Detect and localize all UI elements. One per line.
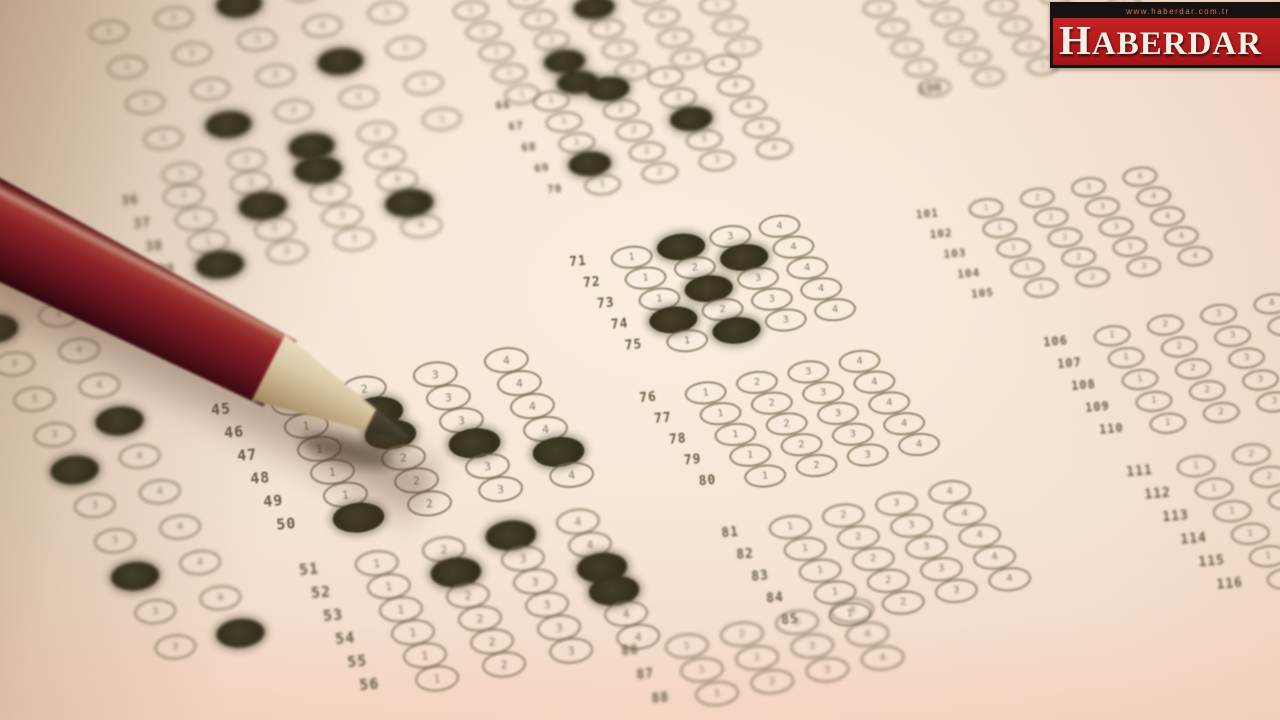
bubble-digit: 1 [983,204,989,212]
bubble-digit: 3 [314,164,322,176]
bubble-digit: 3 [1086,183,1092,191]
bubble-digit: 3 [590,2,597,13]
answer-bubble: 3 [133,597,177,626]
bubble-digit: 4 [804,263,811,274]
bubble-digit: 1 [727,21,733,30]
bubble-digit: 4 [554,445,563,458]
question-number: 56 [349,675,380,696]
question-number: 75 [616,337,643,354]
bubble-digit: 3 [688,113,695,124]
bubble-digit: 1 [178,169,185,180]
bubble-digit: 3 [339,211,346,222]
question-number: 80 [690,473,717,490]
question-number: 102 [922,226,953,242]
question-number: 113 [1154,508,1189,526]
bubble-digit: 2 [1190,364,1196,373]
bubble-digit: 3 [809,641,816,652]
bubble-digit: 1 [586,158,593,169]
question-number: 115 [1190,553,1225,571]
bubble-digit: 1 [1038,283,1044,291]
bubble-digit: 3 [131,570,139,582]
bubble-digit: 2 [677,241,685,253]
bubble-digit: 2 [972,53,978,61]
bubble-digit: 4 [197,557,204,568]
bubble-digit: 2 [574,77,581,88]
question-number: 53 [312,605,343,626]
bubble-digit: 3 [290,106,297,117]
answer-bubble: 1 [414,664,460,694]
bubble-digit: 2 [426,498,434,510]
bubble-digit: 4 [394,175,401,186]
bubble-digit: 4 [790,242,797,253]
answer-bubble: 1 [982,217,1019,240]
bubble-digit: 3 [111,536,118,547]
answer-bubble: 1 [1107,346,1146,370]
bubble-digit: 2 [1266,472,1272,481]
bubble-digit: 1 [548,96,554,105]
bubble-digit: 2 [732,324,740,336]
answer-bubble: 2 [153,5,195,31]
bubble-digit: 1 [160,133,167,144]
bubble-digit: 4 [915,439,922,450]
bubble-digit: 3 [714,156,720,165]
answer-bubble: 1 [1009,256,1046,279]
answer-bubble: 1 [545,110,584,134]
bubble-digit: 2 [605,84,612,95]
answer-bubble: 3 [984,0,1019,17]
question-number: 82 [727,546,754,563]
bubble-digit: 1 [918,63,924,71]
bubble-digit: 1 [1193,461,1199,470]
bubble-digit: 3 [431,369,439,381]
bubble-digit: 3 [782,315,789,326]
answer-bubble: 1 [862,0,897,19]
bubble-digit: 1 [1123,353,1129,362]
answer-bubble-filled: 3 [110,560,161,593]
answer-bubble: 3 [73,491,117,520]
answer-bubble: 1 [876,17,911,39]
bubble-digit: 4 [1165,212,1171,220]
bubble-digit: 4 [871,377,878,388]
bubble-digit: 3 [567,645,575,657]
answer-bubble: 3 [12,385,56,414]
bubble-digit: 2 [207,84,214,95]
bubble-digit: 3 [543,599,551,611]
bubble-digit: 2 [885,576,892,587]
bubble-digit: 1 [932,83,938,91]
bubble-digit: 2 [1218,408,1224,417]
bubble-digit: 4 [586,539,594,551]
bubble-digit: 3 [1141,262,1147,270]
bubble-digit: 3 [11,359,18,370]
bubble-digit: 2 [769,676,776,687]
bubble-digit: 3 [824,665,831,676]
bubble-digit: 2 [900,597,907,608]
bubble-digit: 1 [506,69,512,78]
bubble-digit: 1 [1211,484,1217,493]
bubble-digit: 1 [876,4,882,12]
bubble-digit: 3 [506,529,515,542]
bubble-digit: 4 [542,423,550,435]
bubble-digit: 1 [683,641,690,652]
bubble-digit: 4 [217,593,224,604]
answer-bubble: 3 [1199,302,1238,326]
question-number: 108 [1063,376,1096,393]
answer-bubble: 1 [452,0,490,22]
question-number: 87 [628,666,655,683]
bubble-digit: 1 [1025,264,1031,272]
answer-bubble: 1 [995,236,1032,259]
bubble-digit: 4 [382,152,389,163]
bubble-digit: 1 [1137,375,1143,384]
answer-bubble: 1 [1121,367,1160,391]
answer-bubble: 1 [1135,389,1174,413]
bubble-digit: 2 [1248,450,1254,459]
bubble-digit: 3 [555,622,563,634]
bubble-digit: 3 [1113,223,1119,231]
bubble-digit: 3 [1257,375,1263,384]
answer-bubble-filled: 3 [215,0,263,19]
bubble-digit: 1 [802,544,809,555]
bubble-digit: 2 [644,147,650,156]
bubble-digit: 2 [440,544,448,556]
bubble-digit: 1 [216,259,224,271]
logo-wordmark: HABERDAR [1053,18,1280,65]
answer-bubble: 1 [917,77,952,99]
bubble-digit: 4 [176,522,183,533]
bubble-digit: 4 [818,284,825,295]
bubble-digit: 2 [451,566,460,579]
question-number: 48 [239,468,270,489]
bubble-digit: 2 [840,510,847,521]
bubble-digit: 3 [604,24,610,33]
question-number: 52 [300,582,331,603]
bubble-digit: 3 [235,0,243,10]
bubble-digit: 2 [1076,253,1082,261]
bubble-digit: 1 [1109,331,1115,340]
bubble-digit: 3 [740,251,748,263]
bubble-digit: 3 [519,553,527,565]
question-number: 51 [288,559,319,580]
bubble-digit: 4 [1006,574,1013,585]
bubble-digit: 1 [384,7,391,18]
bubble-digit: 2 [464,590,472,602]
bubble-digit: 2 [1204,386,1210,395]
answer-bubble-filled: 4 [94,405,145,438]
bubble-digit: 1 [698,665,705,676]
question-number: 69 [527,161,550,176]
bubble-digit: 3 [754,273,761,284]
bubble-digit: 1 [493,48,499,57]
bubble-digit: 2 [719,304,726,315]
bubble-digit: 4 [856,356,863,367]
bubble-digit: 2 [500,659,508,671]
answer-bubble: 1 [664,632,710,661]
bubble-digit: 3 [351,234,358,245]
question-number: 101 [908,206,939,222]
answer-bubble: 3 [32,420,76,449]
answer-bubble: 2 [171,40,213,66]
bubble-digit: 2 [1048,213,1054,221]
answer-bubble: 2 [226,147,268,173]
question-number: 105 [963,285,994,301]
question-number: 112 [1136,485,1171,503]
bubble-digit: 4 [976,530,983,541]
bubble-digit: 3 [70,464,78,476]
bubble-digit: 2 [283,247,290,258]
answer-bubble: 4 [178,548,222,577]
bubble-digit: 4 [336,56,344,68]
haberdar-logo: www.haberdar.com.tr HABERDAR [1050,2,1280,68]
bubble-digit: 3 [484,460,492,472]
bubble-digit: 2 [488,636,496,648]
bubble-digit: 3 [908,520,915,531]
answer-bubble: 3 [0,350,36,379]
question-number: 72 [574,275,601,292]
bubble-digit: 3 [444,392,452,404]
bubble-digit: 3 [662,72,668,81]
bubble-digit: 3 [938,564,945,575]
bubble-digit: 2 [259,200,267,212]
bubble-digit: 3 [953,586,960,597]
bubble-digit: 1 [684,335,691,346]
bubble-digit: 1 [123,62,130,73]
answer-bubble: 3 [153,633,197,662]
answer-bubble: 1 [106,54,148,80]
answer-bubble: 2 [1019,186,1056,209]
bubble-digit: 3 [254,35,261,46]
bubble-digit: 2 [224,119,232,131]
bubble-digit: 2 [1090,273,1096,281]
bubble-digit: 1 [561,117,567,126]
bubble-digit: 4 [115,415,123,427]
bubble-digit: 4 [574,516,582,528]
question-number: 83 [742,568,769,585]
bubble-digit: 3 [272,70,279,81]
bubble-digit: 3 [820,387,827,398]
bubble-digit: 2 [536,15,542,24]
bubble-digit: 1 [192,214,199,225]
question-number: 78 [660,431,687,448]
bubble-digit: 1 [1265,552,1271,561]
bubble-digit: 4 [659,12,665,21]
bubble-digit: 3 [893,499,900,510]
answer-bubble-filled: 1 [195,249,246,281]
bubble-digit: 2 [548,36,554,45]
bubble-digit: 3 [1040,62,1046,70]
bubble-digit: 2 [798,440,805,451]
bubble-digit: 1 [142,98,149,109]
answer-bubble: 1 [143,125,185,151]
bubble-digit: 1 [599,180,605,189]
answer-bubble: 1 [665,327,709,354]
bubble-digit: 1 [997,224,1003,232]
bubble-digit: 1 [1165,419,1171,428]
bubble-digit: 1 [420,78,427,89]
bubble-digit: 1 [421,650,429,662]
question-number: 104 [950,265,981,281]
bubble-digit: 2 [691,263,698,274]
question-number: 76 [630,390,657,407]
answer-bubble: 4 [158,513,202,542]
answer-bubble: 1 [1194,476,1235,501]
question-number: 79 [675,452,702,469]
bubble-digit: 1 [1247,529,1253,538]
bubble-digit: 4 [529,400,537,412]
bubble-digit: 4 [901,418,908,429]
bubble-digit: 4 [961,509,968,520]
bubble-digit: 3 [1100,203,1106,211]
bubble-digit: 1 [402,43,409,54]
answer-sheet-photo: 1234112341123411234112341 34343434343434… [0,0,1280,720]
bubble-digit: 3 [31,394,38,405]
bubble-digit: 1 [713,688,720,699]
question-number: 86 [612,643,639,660]
bubble-digit: 3 [701,135,707,144]
answer-bubble: 1 [88,19,130,45]
bubble-digit: 4 [1178,232,1184,240]
bubble-digit: 4 [672,33,678,42]
bubble-digit: 4 [886,398,893,409]
bubble-digit: 2 [768,398,775,409]
question-number: 67 [501,119,524,134]
bubble-digit: 1 [105,26,112,37]
answer-bubble: 1 [968,197,1005,220]
question-number: 74 [602,316,629,333]
answer-bubble: 1 [1212,499,1253,524]
question-number: 114 [1172,530,1207,548]
answer-bubble: 4 [198,584,242,613]
bubble-digit: 2 [1062,233,1068,241]
answer-bubble: 1 [1248,544,1280,569]
answer-bubble: 1 [124,90,166,116]
question-number: 66 [488,98,511,113]
answer-bubble: 1 [1149,411,1188,435]
answer-bubble: 1 [478,41,516,64]
bubble-digit: 1 [204,237,211,248]
bubble-digit: 3 [1127,243,1133,251]
bubble-digit: 1 [642,273,649,284]
bubble-digit: 3 [794,617,801,628]
bubble-digit: 1 [669,314,677,326]
bubble-digit: 4 [568,469,576,481]
answer-bubble: 2 [189,76,231,102]
bubble-digit: 3 [91,500,98,511]
bubble-digit: 2 [618,105,624,114]
bubble-digit: 2 [986,73,992,81]
bubble-digit: 4 [771,144,777,153]
bubble-digit: 3 [834,408,841,419]
bubble-digit: 1 [480,27,486,36]
bubble-digit: 1 [1151,397,1157,406]
bubble-digit: 1 [832,587,839,598]
bubble-digit: 4 [732,81,738,90]
logo-url-text: www.haberdar.com.tr [1053,5,1280,18]
question-number: 73 [588,295,615,312]
question-number: 37 [124,215,151,232]
question-number: 54 [325,628,356,649]
bubble-digit: 3 [326,188,333,199]
bubble-digit: 4 [319,21,326,32]
answer-bubble: 1 [743,463,787,490]
answer-bubble: 1 [532,89,571,113]
bubble-digit: 1 [373,557,381,569]
bubble-digit: 3 [617,45,623,54]
answer-bubble: 3 [1070,176,1107,199]
bubble-digit: 3 [629,66,635,75]
answer-bubble: 1 [491,62,529,85]
answer-bubble: 3 [93,527,137,556]
question-number: 55 [337,652,368,673]
question-number: 107 [1049,355,1082,372]
question-number: 84 [757,590,784,607]
bubble-digit: 1 [817,565,824,576]
bubble-digit: 3 [923,542,930,553]
bubble-digit: 1 [433,673,441,685]
bubble-digit: 1 [762,471,769,482]
bubble-digit: 4 [745,102,751,111]
bubble-digit: 2 [870,554,877,565]
bubble-digit: 1 [904,44,910,52]
bubble-digit: 3 [864,450,871,461]
answer-bubble: 1 [903,57,938,79]
answer-bubble: 4 [138,478,182,507]
answer-bubble: 4 [1253,292,1280,316]
bubble-digit: 3 [805,367,812,378]
bubble-digit: 4 [597,561,606,574]
bubble-digit: 4 [685,54,691,63]
bubble-digit: 4 [418,221,425,232]
bubble-digit: 2 [944,13,950,21]
bubble-digit: 3 [768,294,775,305]
bubble-digit: 3 [1271,397,1277,406]
bubble-digit: 4 [405,197,413,209]
bubble-digit: 3 [308,140,316,152]
question-number: 36 [112,192,139,209]
bubble-digit: 1 [628,252,635,263]
bubble-digit: 1 [1011,244,1017,252]
bubble-digit: 2 [631,126,637,135]
bubble-digit: 3 [727,231,734,242]
bubble-digit: 1 [732,429,739,440]
bubble-digit: 4 [515,377,523,389]
bubble-digit: 2 [738,629,745,640]
bubble-digit: 3 [51,429,58,440]
bubble-digit: 2 [705,283,713,295]
bubble-digit: 4 [849,605,856,616]
bubble-digit: 4 [864,629,871,640]
bubble-digit: 2 [753,377,760,388]
question-number: 68 [514,140,537,155]
bubble-digit: 2 [855,532,862,543]
bubble-digit: 1 [1229,506,1235,515]
bubble-digit: 3 [152,606,159,617]
bubble-digit: 4 [831,304,838,315]
bubble-digit: 1 [747,450,754,461]
question-number: 109 [1077,398,1110,415]
answer-bubble: 2 [1146,313,1185,337]
bubble-digit: 3 [497,483,505,495]
bubble-digit: 4 [1137,172,1143,180]
bubble-digit: 3 [849,429,856,440]
question-number: 50 [266,514,297,535]
bubble-digit: 2 [813,460,820,471]
bubble-digit: 4 [776,221,783,232]
bubble-digit: 4 [1269,299,1275,308]
bubble-digit: 1 [740,42,746,51]
bubble-digit: 2 [754,653,761,664]
answer-bubble: 1 [366,0,408,26]
